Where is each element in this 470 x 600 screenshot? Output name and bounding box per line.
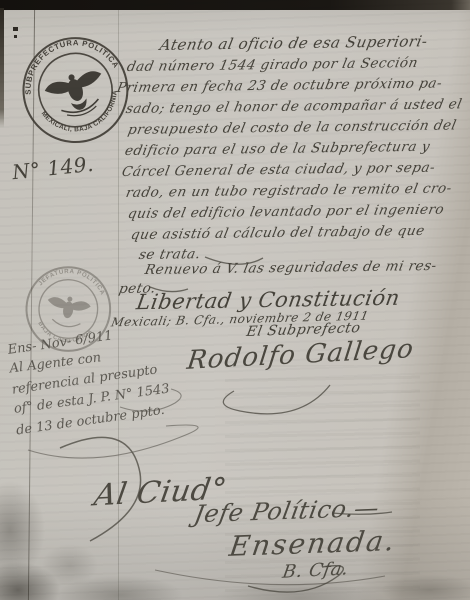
document-photo: SUBPREFECTURA POLITICA MEXICALI, BAJA CA…	[0, 0, 470, 600]
body-line: Renuevo á V. las seguridades de mi res-	[143, 258, 438, 278]
mexican-eagle-icon	[44, 293, 92, 330]
photo-left-edge	[0, 8, 4, 128]
seal-bottom-text: MEXICALI, BAJA CALIFORNIA	[39, 88, 128, 144]
body-line: dad número 1544 girado por la Sección	[125, 55, 419, 75]
document-number: N° 149.	[11, 152, 95, 184]
bleed-through-texture	[225, 365, 420, 595]
body-line: edificio para el uso de la Subprefectura…	[123, 139, 431, 159]
ink-speck	[13, 27, 18, 31]
body-line: Primera en fecha 23 de octubre próximo p…	[115, 75, 443, 96]
margin-note: Ens- Nov- 6/911 Al Agente con referencia…	[7, 324, 174, 441]
body-line: que asistió al cálculo del trabajo de qu…	[129, 223, 426, 243]
ink-speck	[14, 35, 17, 38]
body-line: Atento al oficio de esa Superiori-	[158, 32, 429, 54]
photo-top-border	[0, 0, 470, 10]
body-line: presupuesto del costo de la construcción…	[126, 117, 458, 138]
body-line: sado; tengo el honor de acompañar á uste…	[124, 96, 463, 117]
body-line: rado, en un tubo registrado le remito el…	[124, 180, 453, 201]
body-line: quis del edificio levantado por el ingen…	[126, 202, 445, 222]
body-line: Cárcel General de esta ciudad, y por sep…	[120, 160, 436, 180]
svg-text:MEXICALI, BAJA CALIFORNIA: MEXICALI, BAJA CALIFORNIA	[39, 88, 128, 144]
mexican-eagle-icon	[42, 66, 111, 123]
